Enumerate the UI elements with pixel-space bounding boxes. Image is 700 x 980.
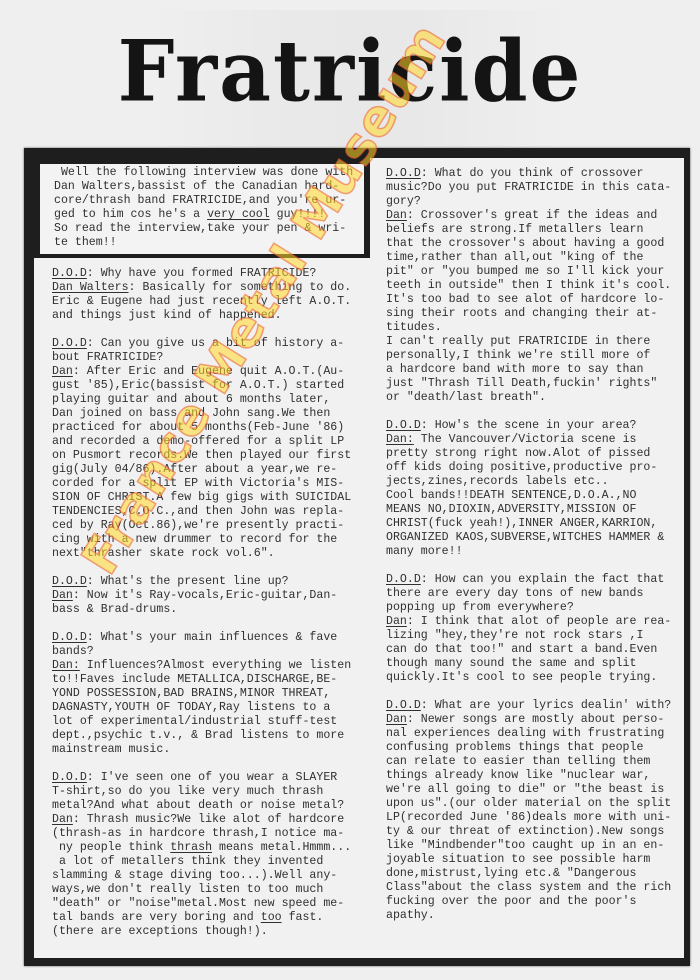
- answer-line: nal experiences dealing with frustrating: [386, 727, 671, 741]
- answer-line: corded for a split EP with Victoria's MI…: [52, 477, 351, 491]
- answer-line: confusing problems things that people: [386, 741, 671, 755]
- qa-block: D.O.D: What do you think of crossovermus…: [386, 167, 671, 405]
- answer-line: dept.,psychic t.v., & Brad listens to mo…: [52, 729, 351, 743]
- answer-line: ty & our threat of extinction).New songs: [386, 825, 671, 839]
- answer-line: things already know like "nuclear war,: [386, 769, 671, 783]
- question-line: popping up from everywhere?: [386, 601, 671, 615]
- interviewer-label: D.O.D: [52, 337, 87, 350]
- answer-line: like "Mindbender"too caught up in an en-: [386, 839, 671, 853]
- answer-line: Dan Walters: Basically for something to …: [52, 281, 351, 295]
- interviewer-label: D.O.D: [52, 575, 87, 588]
- answer-line: ced by Ray(Oct.86),we're presently pract…: [52, 519, 351, 533]
- answer-line: Eric & Eugene had just recently left A.O…: [52, 295, 351, 309]
- answer-line: Dan: Now it's Ray-vocals,Eric-guitar,Dan…: [52, 589, 351, 603]
- answer-line: fucking over the poor and the poor's: [386, 895, 671, 909]
- answer-line: personally,I think we're still more of: [386, 349, 671, 363]
- answer-line: done,mistrust,lying etc.& "Dangerous: [386, 867, 671, 881]
- answer-line: LP(recorded June '86)deals more with uni…: [386, 811, 671, 825]
- answer-line: bass & Brad-drums.: [52, 603, 351, 617]
- speaker-label: Dan: [52, 813, 73, 826]
- answer-line: gig(July 04/86).After about a year,we re…: [52, 463, 351, 477]
- intro-line: Well the following interview was done wi…: [54, 166, 353, 180]
- answer-line: Dan joined on bass and John sang.We then: [52, 407, 351, 421]
- speaker-label: Dan: [52, 589, 73, 602]
- intro-line: Dan Walters,bassist of the Canadian hard…: [54, 180, 353, 194]
- answer-line: next"thrasher skate rock vol.6".: [52, 547, 351, 561]
- answer-line: a hardcore band with more to say than: [386, 363, 671, 377]
- question-line: gory?: [386, 195, 671, 209]
- answer-line: just "Thrash Till Death,fuckin' rights": [386, 377, 671, 391]
- answer-line: teeth in outside" then I think it's cool…: [386, 279, 671, 293]
- answer-line: YOND POSSESSION,BAD BRAINS,MINOR THREAT,: [52, 687, 351, 701]
- speaker-label: Dan:: [52, 659, 80, 672]
- intro-line: te them!!: [54, 236, 353, 250]
- answer-line: and recorded a demo-offered for a split …: [52, 435, 351, 449]
- speaker-label: Dan: [386, 713, 407, 726]
- answer-line: pit" or "you bumped me so I'll kick your: [386, 265, 671, 279]
- answer-line: upon us".(our older material on the spli…: [386, 797, 671, 811]
- answer-line: Dan: I think that alot of people are rea…: [386, 615, 671, 629]
- answer-line: Dan: Influences?Almost everything we lis…: [52, 659, 351, 673]
- question-line: music?Do you put FRATRICIDE in this cata…: [386, 181, 671, 195]
- answer-line: time,rather than all,out "king of the: [386, 251, 671, 265]
- answer-line: SION OF CHRIST.A few big gigs with SUICI…: [52, 491, 351, 505]
- zine-page: Fratricide Well the following interview …: [0, 0, 700, 980]
- answer-line: slamming & stage diving too...).Well any…: [52, 869, 351, 883]
- answer-line: off kids doing positive,productive pro-: [386, 461, 671, 475]
- answer-line: lot of experimental/industrial stuff-tes…: [52, 715, 351, 729]
- speaker-label: Dan Walters: [52, 281, 129, 294]
- left-column: D.O.D: Why have you formed FRATRICIDE?Da…: [52, 267, 351, 953]
- question-line: D.O.D: What's the present line up?: [52, 575, 351, 589]
- qa-block: D.O.D: What are your lyrics dealin' with…: [386, 699, 671, 923]
- answer-line: Dan: Thrash music?We like alot of hardco…: [52, 813, 351, 827]
- answer-line: can do that too!" and start a band.Even: [386, 643, 671, 657]
- question-line: D.O.D: Why have you formed FRATRICIDE?: [52, 267, 351, 281]
- question-line: D.O.D: I've seen one of you wear a SLAYE…: [52, 771, 351, 785]
- answer-line: ny people think thrash means metal.Hmmm.…: [52, 841, 351, 855]
- answer-line: can relate to easier than telling them: [386, 755, 671, 769]
- answer-line: lizing "hey,they're not rock stars ,I: [386, 629, 671, 643]
- answer-line: MEANS NO,DIOXIN,ADVERSITY,MISSION OF: [386, 503, 671, 517]
- answer-line: on Pusmort records.We then played our fi…: [52, 449, 351, 463]
- answer-line: tal bands are very boring and too fast.: [52, 911, 351, 925]
- qa-block: D.O.D: How can you explain the fact that…: [386, 573, 671, 685]
- answer-line: we're all going to die" or "the beast is: [386, 783, 671, 797]
- intro-line: So read the interview,take your pen & wr…: [54, 222, 353, 236]
- answer-line: titudes.: [386, 321, 671, 335]
- question-line: T-shirt,so do you like very much thrash: [52, 785, 351, 799]
- speaker-label: Dan: [52, 365, 73, 378]
- answer-line: I can't really put FRATRICIDE in there: [386, 335, 671, 349]
- speaker-label: Dan: [386, 615, 407, 628]
- question-line: metal?And what about death or noise meta…: [52, 799, 351, 813]
- answer-line: DAGNASTY,YOUTH OF TODAY,Ray listens to a: [52, 701, 351, 715]
- qa-block: D.O.D: How's the scene in your area?Dan:…: [386, 419, 671, 559]
- answer-line: cing with a new drummer to record for th…: [52, 533, 351, 547]
- answer-line: (there are exceptions though!).: [52, 925, 351, 939]
- answer-line: Dan: The Vancouver/Victoria scene is: [386, 433, 671, 447]
- answer-line: (thrash-as in hardcore thrash,I notice m…: [52, 827, 351, 841]
- qa-block: D.O.D: I've seen one of you wear a SLAYE…: [52, 771, 351, 939]
- answer-line: sing their roots and changing their at-: [386, 307, 671, 321]
- answer-line: jects,zines,records labels etc..: [386, 475, 671, 489]
- answer-line: Cool bands!!DEATH SENTENCE,D.O.A.,NO: [386, 489, 671, 503]
- answer-line: pretty strong right now.Alot of pissed: [386, 447, 671, 461]
- answer-line: Dan: Crossover's great if the ideas and: [386, 209, 671, 223]
- interviewer-label: D.O.D: [386, 419, 421, 432]
- answer-line: though many sound the same and split: [386, 657, 671, 671]
- answer-line: mainstream music.: [52, 743, 351, 757]
- answer-line: "death" or "noise"metal.Most new speed m…: [52, 897, 351, 911]
- qa-block: D.O.D: Why have you formed FRATRICIDE?Da…: [52, 267, 351, 323]
- answer-line: or "death/last breath".: [386, 391, 671, 405]
- question-line: there are every day tons of new bands: [386, 587, 671, 601]
- answer-line: that the crossover's about having a good: [386, 237, 671, 251]
- question-line: bout FRATRICIDE?: [52, 351, 351, 365]
- intro-text: Well the following interview was done wi…: [54, 166, 353, 250]
- answer-line: ways,we don't really listen to too much: [52, 883, 351, 897]
- answer-line: and things just kind of happened.: [52, 309, 351, 323]
- interviewer-label: D.O.D: [386, 573, 421, 586]
- answer-line: joyable situation to see possible harm: [386, 853, 671, 867]
- speaker-label: Dan:: [386, 433, 414, 446]
- answer-line: TENDENCIES,C.O.C.,and then John was repl…: [52, 505, 351, 519]
- qa-block: D.O.D: What's the present line up?Dan: N…: [52, 575, 351, 617]
- answer-line: many more!!: [386, 545, 671, 559]
- answer-line: Class"about the class system and the ric…: [386, 881, 671, 895]
- interviewer-label: D.O.D: [52, 771, 87, 784]
- answer-line: to!!Faves include METALLICA,DISCHARGE,BE…: [52, 673, 351, 687]
- intro-line: ged to him cos he's a very cool guy!!!!: [54, 208, 353, 222]
- interviewer-label: D.O.D: [386, 699, 421, 712]
- qa-block: D.O.D: Can you give us a bit of history …: [52, 337, 351, 561]
- answer-line: quickly.It's cool to see people trying.: [386, 671, 671, 685]
- interviewer-label: D.O.D: [52, 267, 87, 280]
- question-line: D.O.D: What are your lyrics dealin' with…: [386, 699, 671, 713]
- question-line: D.O.D: What's your main influences & fav…: [52, 631, 351, 645]
- qa-block: D.O.D: What's your main influences & fav…: [52, 631, 351, 757]
- question-line: D.O.D: How can you explain the fact that: [386, 573, 671, 587]
- question-line: D.O.D: Can you give us a bit of history …: [52, 337, 351, 351]
- intro-line: core/thrash band FRATRICIDE,and you're u…: [54, 194, 353, 208]
- answer-line: Dan: Newer songs are mostly about perso-: [386, 713, 671, 727]
- answer-line: gust '85),Eric(bassist for A.O.T.) start…: [52, 379, 351, 393]
- answer-line: Dan: After Eric and Eugene quit A.O.T.(A…: [52, 365, 351, 379]
- answer-line: ORGANIZED KAOS,SUBVERSE,WITCHES HAMMER &: [386, 531, 671, 545]
- interviewer-label: D.O.D: [52, 631, 87, 644]
- question-line: bands?: [52, 645, 351, 659]
- answer-line: beliefs are strong.If metallers learn: [386, 223, 671, 237]
- page-title: Fratricide: [0, 24, 700, 119]
- answer-line: apathy.: [386, 909, 671, 923]
- question-line: D.O.D: What do you think of crossover: [386, 167, 671, 181]
- answer-line: CHRIST(fuck yeah!),INNER ANGER,KARRION,: [386, 517, 671, 531]
- answer-line: It's too bad to see alot of hardcore lo-: [386, 293, 671, 307]
- speaker-label: Dan: [386, 209, 407, 222]
- answer-line: practiced for about 5 months(Feb-June '8…: [52, 421, 351, 435]
- right-column: D.O.D: What do you think of crossovermus…: [386, 167, 671, 937]
- answer-line: playing guitar and about 6 months later,: [52, 393, 351, 407]
- interviewer-label: D.O.D: [386, 167, 421, 180]
- question-line: D.O.D: How's the scene in your area?: [386, 419, 671, 433]
- answer-line: a lot of metallers think they invented: [52, 855, 351, 869]
